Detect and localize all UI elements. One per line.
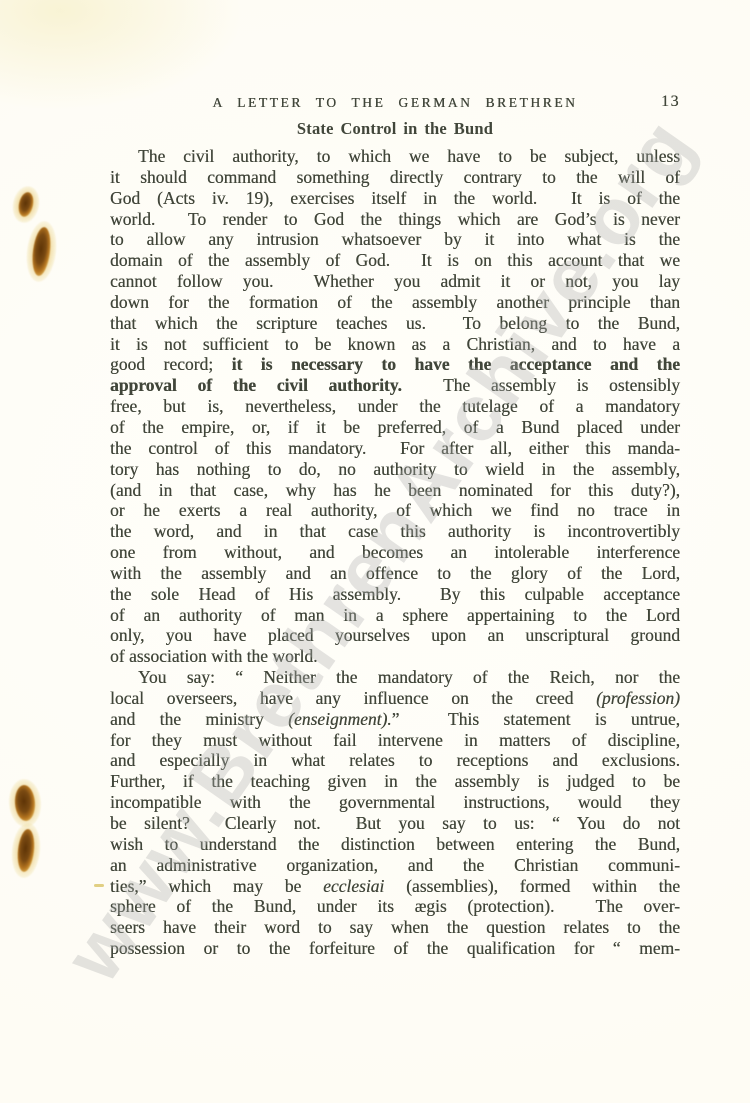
rust-stain xyxy=(17,191,36,218)
running-head: A LETTER TO THE GERMAN BRETHREN 13 xyxy=(110,95,680,115)
text-segment: wish to understand the distinction betwe… xyxy=(110,834,680,854)
text-line: ties,” which may be ecclesiai (assemblie… xyxy=(110,876,680,897)
text-segment: The civil authority, to which we have to… xyxy=(138,146,680,166)
text-line: one from without, and becomes an intoler… xyxy=(110,542,680,563)
text-segment: The assembly is ostensibly xyxy=(402,375,680,395)
text-segment: be silent? Clearly not. But you say to u… xyxy=(110,813,680,833)
text-line: it is not sufficient to be known as a Ch… xyxy=(110,334,680,355)
text-line: or he exerts a real authority, of which … xyxy=(110,500,680,521)
text-segment: good record; xyxy=(110,354,232,374)
text-line: and the ministry (enseignment).” This st… xyxy=(110,709,680,730)
text-segment: for they must without fail intervene in … xyxy=(110,730,680,750)
text-segment: with the assembly and an offence to the … xyxy=(110,563,680,583)
text-segment: of association with the world. xyxy=(110,646,318,666)
text-line: incompatible with the governmental instr… xyxy=(110,792,680,813)
text-segment: God (Acts iv. 19), exercises itself in t… xyxy=(110,188,680,208)
rust-stain xyxy=(16,828,36,872)
paragraph: You say: “ Neither the mandatory of the … xyxy=(110,667,680,959)
text-segment: it should command something directly con… xyxy=(110,167,680,187)
text-segment: ties,” which may be xyxy=(110,876,323,896)
text-line: down for the formation of the assembly a… xyxy=(110,292,680,313)
text-segment: local overseers, have any influence on t… xyxy=(110,688,596,708)
bold-text-segment: approval of the civil authority. xyxy=(110,375,402,395)
text-segment: world. To render to God the things which… xyxy=(110,209,680,229)
text-segment: or he exerts a real authority, of which … xyxy=(110,500,680,520)
text-segment: tory has nothing to do, no authority to … xyxy=(110,459,680,479)
scanned-book-page: A LETTER TO THE GERMAN BRETHREN 13 State… xyxy=(0,0,750,1103)
paragraph: The civil authority, to which we have to… xyxy=(110,146,680,667)
section-heading: State Control in the Bund xyxy=(110,119,680,139)
text-line: seers have their word to say when the qu… xyxy=(110,917,680,938)
text-line: (and in that case, why has he been nomin… xyxy=(110,480,680,501)
text-segment: it is not sufficient to be known as a Ch… xyxy=(110,334,680,354)
rust-stain xyxy=(14,784,36,821)
text-segment: of the empire, or, if it be preferred, o… xyxy=(110,417,680,437)
text-segment: (assemblies), formed within the xyxy=(384,876,680,896)
text-segment: the word, and in that case this authorit… xyxy=(110,521,680,541)
bold-text-segment: it is necessary to have the acceptance a… xyxy=(232,354,680,374)
text-segment: to allow any intrusion whatsoever by it … xyxy=(110,229,680,249)
text-segment: one from without, and becomes an intoler… xyxy=(110,542,680,562)
text-line: God (Acts iv. 19), exercises itself in t… xyxy=(110,188,680,209)
text-line: approval of the civil authority. The ass… xyxy=(110,375,680,396)
running-head-title: A LETTER TO THE GERMAN BRETHREN xyxy=(110,95,680,111)
text-line: possession or to the forfeiture of the q… xyxy=(110,938,680,959)
text-segment: that which the scripture teaches us. To … xyxy=(110,313,680,333)
text-line: of the empire, or, if it be preferred, o… xyxy=(110,417,680,438)
text-line: local overseers, have any influence on t… xyxy=(110,688,680,709)
text-line: tory has nothing to do, no authority to … xyxy=(110,459,680,480)
stray-margin-mark xyxy=(94,884,104,887)
text-line: only, you have placed yourselves upon an… xyxy=(110,625,680,646)
italic-text-segment: ecclesiai xyxy=(323,876,384,896)
text-segment: possession or to the forfeiture of the q… xyxy=(110,938,680,958)
text-line: The civil authority, to which we have to… xyxy=(110,146,680,167)
page-number: 13 xyxy=(661,93,680,111)
text-segment: and the ministry xyxy=(110,709,288,729)
text-line: and especially in what relates to recept… xyxy=(110,750,680,771)
text-segment: Further, if the teaching given in the as… xyxy=(110,771,680,791)
text-line: good record; it is necessary to have the… xyxy=(110,354,680,375)
text-segment: an administrative organization, and the … xyxy=(110,855,680,875)
text-segment: cannot follow you. Whether you admit it … xyxy=(110,271,680,291)
text-segment: sphere of the Bund, under its ægis (prot… xyxy=(110,896,680,916)
text-line: You say: “ Neither the mandatory of the … xyxy=(110,667,680,688)
text-segment: seers have their word to say when the qu… xyxy=(110,917,680,937)
text-segment: (and in that case, why has he been nomin… xyxy=(110,480,680,500)
text-segment: free, but is, nevertheless, under the tu… xyxy=(110,396,680,416)
text-line: that which the scripture teaches us. To … xyxy=(110,313,680,334)
text-line: wish to understand the distinction betwe… xyxy=(110,834,680,855)
text-line: free, but is, nevertheless, under the tu… xyxy=(110,396,680,417)
text-line: an administrative organization, and the … xyxy=(110,855,680,876)
text-line: cannot follow you. Whether you admit it … xyxy=(110,271,680,292)
text-segment: ” This statement is untrue, xyxy=(392,709,680,729)
text-segment: domain of the assembly of God. It is on … xyxy=(110,250,680,270)
text-segment: incompatible with the governmental instr… xyxy=(110,792,680,812)
text-line: of an authority of man in a sphere apper… xyxy=(110,605,680,626)
text-segment: You say: “ Neither the mandatory of the … xyxy=(138,667,680,687)
italic-text-segment: (enseignment). xyxy=(288,709,392,729)
text-line: the control of this mandatory. For after… xyxy=(110,438,680,459)
rust-stain xyxy=(30,226,53,277)
text-line: for they must without fail intervene in … xyxy=(110,730,680,751)
body-text: The civil authority, to which we have to… xyxy=(110,146,680,959)
italic-text-segment: (profession) xyxy=(596,688,680,708)
text-line: sphere of the Bund, under its ægis (prot… xyxy=(110,896,680,917)
text-line: the word, and in that case this authorit… xyxy=(110,521,680,542)
text-line: with the assembly and an offence to the … xyxy=(110,563,680,584)
text-segment: and especially in what relates to recept… xyxy=(110,750,680,770)
text-line: it should command something directly con… xyxy=(110,167,680,188)
text-line: to allow any intrusion whatsoever by it … xyxy=(110,229,680,250)
text-line: be silent? Clearly not. But you say to u… xyxy=(110,813,680,834)
text-segment: of an authority of man in a sphere apper… xyxy=(110,605,680,625)
text-line: of association with the world. xyxy=(110,646,680,667)
text-line: world. To render to God the things which… xyxy=(110,209,680,230)
text-line: the sole Head of His assembly. By this c… xyxy=(110,584,680,605)
text-line: Further, if the teaching given in the as… xyxy=(110,771,680,792)
text-segment: only, you have placed yourselves upon an… xyxy=(110,625,680,645)
text-segment: down for the formation of the assembly a… xyxy=(110,292,680,312)
text-line: domain of the assembly of God. It is on … xyxy=(110,250,680,271)
text-segment: the control of this mandatory. For after… xyxy=(110,438,680,458)
text-segment: the sole Head of His assembly. By this c… xyxy=(110,584,680,604)
